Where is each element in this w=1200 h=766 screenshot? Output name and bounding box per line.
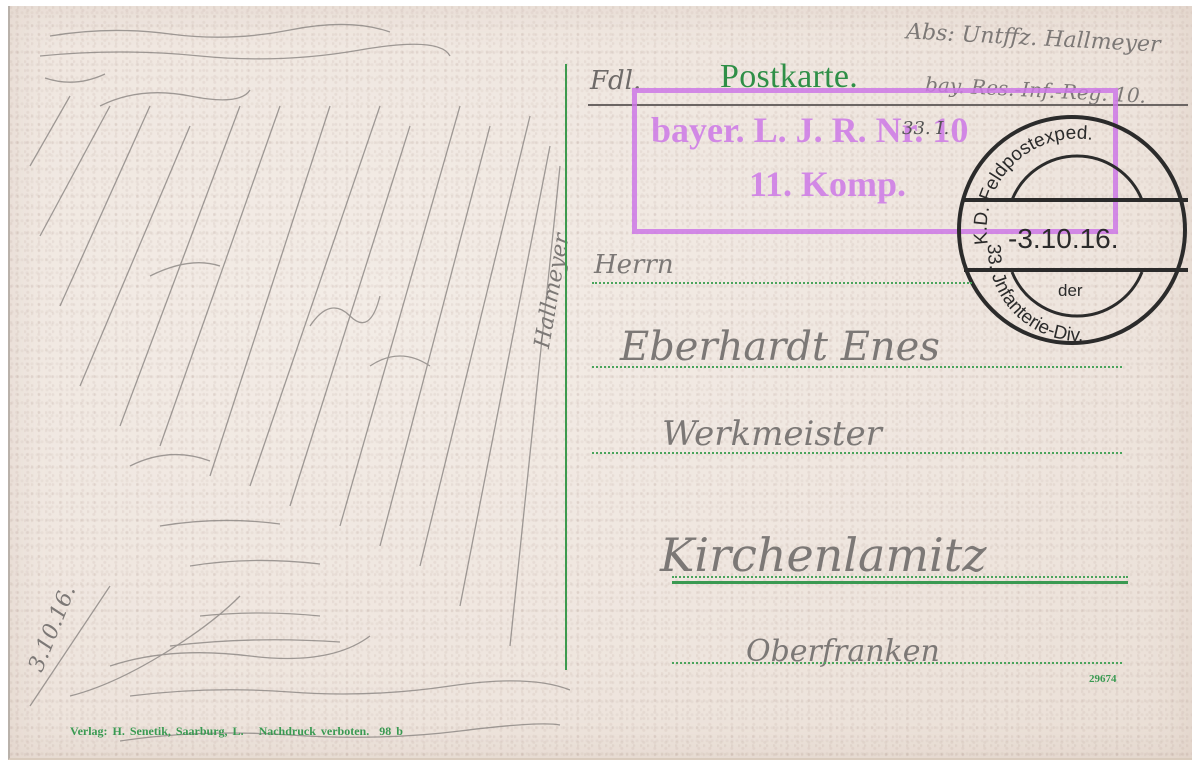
address-line-5: [672, 662, 1122, 664]
svg-text:-3.10.16.: -3.10.16.: [1008, 223, 1119, 254]
postcard: 3.10.16. Hallmeyer Fdl. Postkarte. Abs: …: [8, 6, 1192, 760]
cachet-note: 33. I.: [902, 118, 949, 139]
address-line-1: [592, 282, 972, 284]
address-line-3: [592, 452, 1122, 454]
publisher-imprint: Verlag: H. Senetik, Saarburg, L. Nachdru…: [70, 724, 403, 739]
salutation: Herrn: [594, 250, 674, 280]
address-line-2: [592, 366, 1122, 368]
plate-number: 29674: [1089, 673, 1117, 685]
recipient-town: Kirchenlamitz: [660, 528, 987, 582]
feldpost-postmark: K.D. Feldpostexped. -3.10.16. der 33. Jn…: [950, 104, 1200, 354]
handwritten-message: [10, 6, 570, 758]
recipient-title: Werkmeister: [662, 414, 882, 454]
recipient-name: Eberhardt Enes: [620, 324, 940, 370]
cachet-line-2: 11. Komp.: [749, 163, 906, 205]
address-line-4: [672, 576, 1128, 578]
town-underline: [672, 581, 1128, 584]
svg-text:der: der: [1058, 281, 1083, 300]
center-divider: [565, 64, 567, 670]
